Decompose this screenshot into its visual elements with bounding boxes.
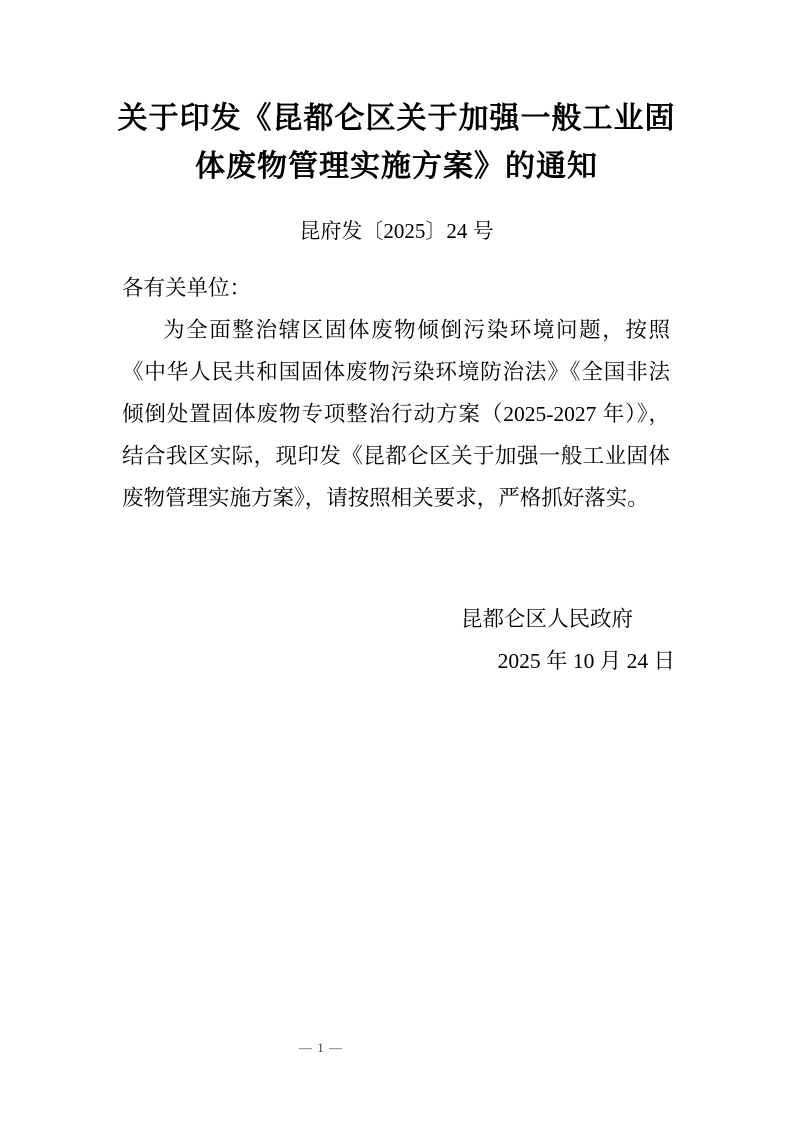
signature-issuer: 昆都仑区人民政府 (0, 598, 793, 640)
body-line: 倾倒处置固体废物专项整治行动方案（2025-2027 年）》， (122, 393, 670, 435)
document-title-line-2: 体废物管理实施方案》的通知 (60, 143, 733, 191)
body-line: 废物管理实施方案》，请按照相关要求，严格抓好落实。 (122, 477, 670, 519)
body-line: 为全面整治辖区固体废物倾倒污染环境问题，按照 (122, 309, 670, 351)
page-number: — 1 — (299, 1041, 343, 1055)
document-title-line-1: 关于印发《昆都仑区关于加强一般工业固 (60, 95, 733, 143)
body-line: 《中华人民共和国固体废物污染环境防治法》《全国非法 (122, 351, 670, 393)
document-page: 关于印发《昆都仑区关于加强一般工业固 体废物管理实施方案》的通知 昆府发〔202… (0, 0, 793, 1122)
document-body: 各有关单位： 为全面整治辖区固体废物倾倒污染环境问题，按照 《中华人民共和国固体… (122, 267, 670, 519)
signature-date: 2025 年 10 月 24 日 (0, 640, 793, 682)
signature-block: 昆都仑区人民政府 2025 年 10 月 24 日 (0, 598, 793, 682)
body-line: 结合我区实际，现印发《昆都仑区关于加强一般工业固体 (122, 435, 670, 477)
document-title: 关于印发《昆都仑区关于加强一般工业固 体废物管理实施方案》的通知 (60, 95, 733, 191)
salutation: 各有关单位： (122, 267, 670, 309)
document-number: 昆府发〔2025〕24 号 (0, 218, 793, 245)
